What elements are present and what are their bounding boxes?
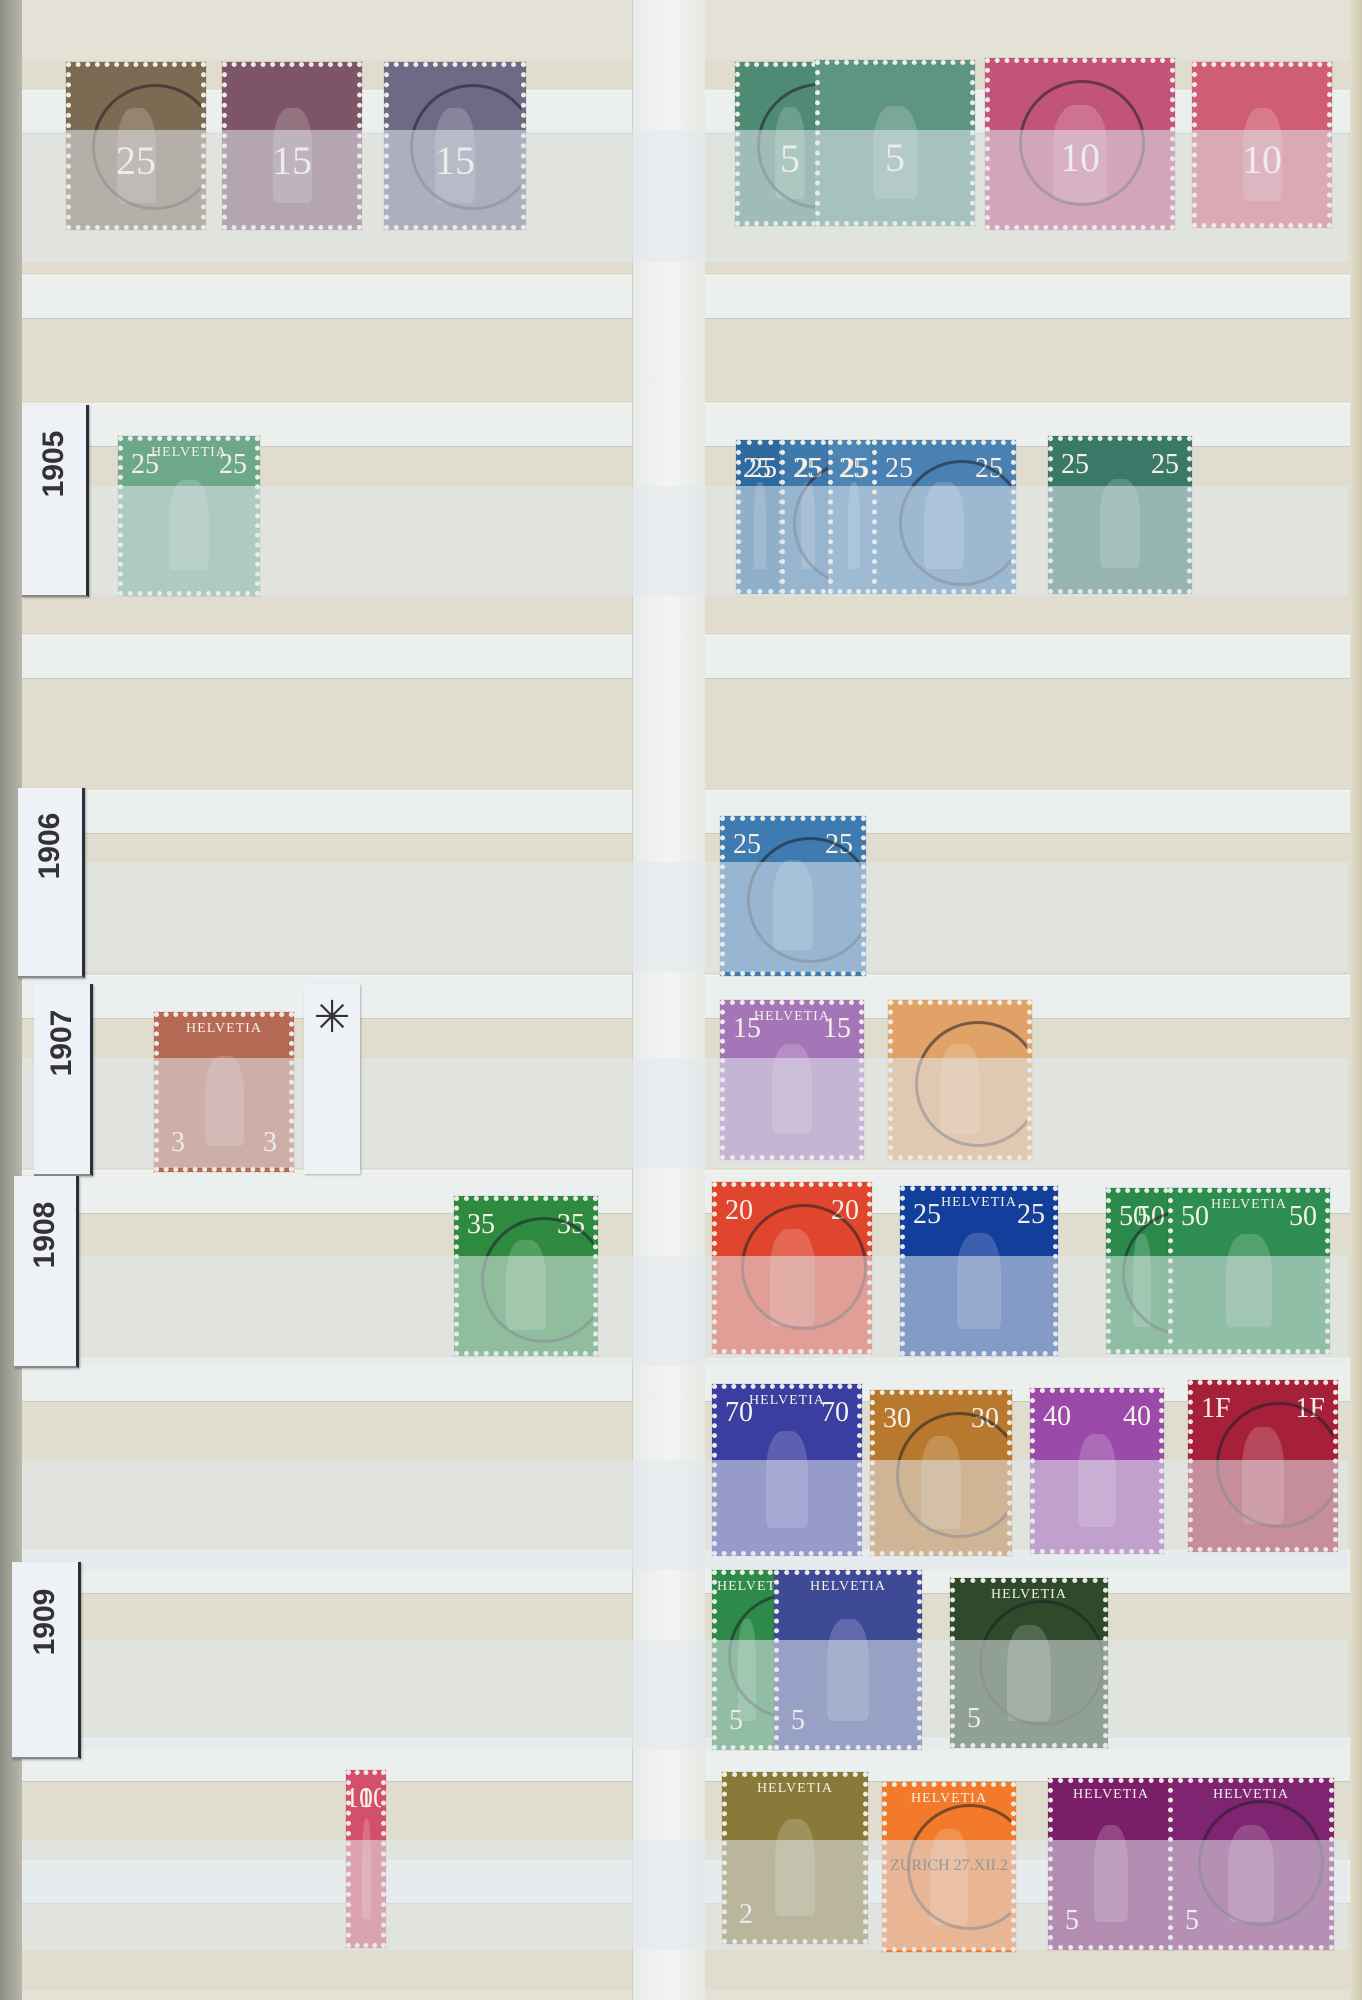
stamp-value: 15: [823, 1013, 851, 1045]
stamp-value: 35: [467, 1209, 495, 1241]
postmark-cancel-icon: [907, 1804, 1016, 1930]
glassine-strip: [22, 275, 632, 319]
stamp-value: 40: [1043, 1401, 1071, 1433]
stamp-helvetia-sword: HELVETIA2525: [900, 1186, 1058, 1356]
hinged-mark-label: ✳: [304, 984, 360, 1174]
pocket: [22, 355, 632, 620]
stamp-figure-icon: [1078, 1434, 1115, 1528]
year-label-1907: 1907: [34, 984, 93, 1176]
stamp-value: 25: [1017, 1199, 1045, 1231]
year-label-1909: 1909: [12, 1562, 81, 1759]
year-text: 1906: [33, 808, 67, 884]
stamp-standing-helvetia: 2525: [736, 440, 784, 594]
stamp-value: 5: [791, 1705, 805, 1737]
stamp-tell-boy: HELVETIA5: [1168, 1778, 1334, 1950]
year-text: 1908: [28, 1197, 62, 1273]
stamp-value: 3: [171, 1127, 185, 1159]
stamp-numeral: 10: [985, 58, 1175, 230]
stamp-value: 70: [821, 1397, 849, 1429]
year-text: 1905: [37, 426, 71, 502]
stamp-value: 5: [1065, 1905, 1079, 1937]
stamp-figure-icon: [1100, 479, 1140, 568]
stamp-value: 25: [1061, 449, 1089, 481]
asterisk-mark-icon: ✳: [304, 992, 360, 1043]
stamp-value: 50: [1289, 1201, 1317, 1233]
stamp-value: 20: [725, 1195, 753, 1227]
stamp-figure-icon: [1094, 1825, 1129, 1922]
stamp-figure-icon: [775, 1819, 816, 1916]
stamp-value: 25: [131, 449, 159, 481]
stamp-numeral: 15: [222, 62, 362, 230]
glassine-strip: [22, 1358, 632, 1402]
stamp-value: 15: [733, 1013, 761, 1045]
stamp-value: 10: [1197, 136, 1327, 183]
stamp-value: 25: [839, 453, 867, 485]
stamp-helvetia-sword: HELVETIA7070: [712, 1384, 862, 1556]
postmark-cancel-icon: [899, 460, 1016, 586]
glassine-strip: [22, 1860, 632, 1904]
stamp-tell-boy: HELVETIA5: [774, 1570, 922, 1750]
stamp-helvetia-sword: 4040: [1030, 1388, 1164, 1554]
stamp-standing-helvetia: 2525: [872, 440, 1016, 594]
stamp-figure-icon: [957, 1233, 1001, 1329]
stamp-numeral: 15: [384, 62, 526, 230]
postmark-cancel-icon: [1019, 80, 1145, 206]
stamp-value: 5: [967, 1703, 981, 1735]
stamp-value: 25: [219, 449, 247, 481]
stamp-figure-icon: [754, 482, 765, 568]
stamp-tell-boy: HELVETIAZURICH 27.XII.2: [882, 1782, 1016, 1952]
glassine-strip: [22, 1550, 632, 1594]
stamp-figure-icon: [1226, 1234, 1272, 1328]
stamp-figure-icon: [362, 1819, 371, 1920]
stamp-tell-boy: HELVETIA33: [154, 1012, 294, 1172]
stamp-caption: HELVETIA: [779, 1579, 917, 1595]
glassine-strip: [22, 790, 632, 834]
stamp-value: 25: [743, 453, 771, 485]
pocket: [22, 755, 632, 955]
stamp-helvetia-bust: 1010: [346, 1770, 386, 1948]
stamp-numeral: 10: [1192, 62, 1332, 228]
stamp-tell-boy: HELVETIA5: [1048, 1778, 1174, 1950]
postmark-cancel-icon: [979, 1600, 1105, 1726]
stamp-figure-icon: [205, 1056, 244, 1146]
stamp-value: 5: [1185, 1905, 1199, 1937]
stamp-value: 25: [733, 829, 761, 861]
year-label-1908: 1908: [14, 1176, 79, 1368]
stamp-tell-boy: HELVETIA5: [712, 1570, 782, 1750]
glassine-strip: [705, 635, 1350, 679]
stamp-sitting-helvetia: HELVETIA2525: [118, 436, 260, 596]
glassine-strip: [705, 275, 1350, 319]
stamp-helvetia-sword: 1F1F: [1188, 1380, 1338, 1552]
stamp-value: 25: [913, 1199, 941, 1231]
postmark-cancel-icon: [741, 1204, 867, 1330]
album-edge-right: [1348, 0, 1362, 2000]
stamp-value: 50: [1181, 1201, 1209, 1233]
stamp-tell-boy: HELVETIA5: [950, 1578, 1108, 1748]
stamp-figure-icon: [766, 1431, 808, 1528]
stamp-value: 40: [1123, 1401, 1151, 1433]
stamp-value: 15: [227, 137, 357, 184]
year-text: 1907: [45, 1005, 79, 1081]
stamp-value: 5: [820, 134, 970, 181]
stamp-value: 3: [263, 1127, 277, 1159]
stamp-value: 1F: [1201, 1393, 1231, 1425]
glassine-strip: [22, 1738, 632, 1782]
stamp-tell-boy: HELVETIA2: [722, 1772, 868, 1944]
postmark-cancel-icon: [481, 1217, 598, 1343]
glassine-strip: [22, 403, 632, 447]
stamp-numeral: 5: [815, 60, 975, 226]
stamp-figure-icon: [827, 1619, 868, 1721]
stamp-value: 5: [729, 1705, 743, 1737]
stamp-tell-head: [888, 1000, 1032, 1160]
postmark-cancel-icon: [896, 1412, 1012, 1538]
stamp-numeral: 25: [66, 62, 206, 230]
stamp-caption: HELVETIA: [159, 1021, 289, 1037]
stamp-value: 70: [725, 1397, 753, 1429]
glassine-strip: [22, 635, 632, 679]
stamp-standing-helvetia: 2525: [1048, 436, 1192, 594]
stamp-helvetia-bust: HELVETIA1515: [720, 1000, 864, 1160]
year-label-1906: 1906: [18, 788, 85, 978]
year-text: 1909: [28, 1584, 62, 1660]
stamp-standing-helvetia: 2525: [720, 816, 866, 976]
stamp-value: 10: [346, 1783, 373, 1815]
stamp-caption: HELVETIA: [727, 1781, 863, 1797]
stamp-value: 25: [885, 453, 913, 485]
page-divider-strip: [632, 0, 707, 2000]
stamp-helvetia-sword: 2020: [712, 1182, 872, 1354]
postmark-cancel-icon: [1216, 1402, 1339, 1528]
stamp-caption: HELVETIA: [717, 1579, 777, 1595]
stamp-helvetia-sword: 3030: [870, 1390, 1012, 1556]
stamp-caption: HELVETIA: [887, 1791, 1011, 1807]
stamp-caption: HELVETIA: [1053, 1787, 1169, 1803]
stamp-figure-icon: [772, 1044, 812, 1134]
postmark-cancel-icon: [915, 1021, 1032, 1147]
postmark-cancel-icon: [1198, 1800, 1324, 1926]
stamp-helvetia-sword: 3535: [454, 1196, 598, 1356]
postmark-cancel-icon: [92, 84, 206, 210]
stamp-helvetia-sword: HELVETIA5050: [1168, 1188, 1330, 1354]
postmark-cancel-icon: [747, 837, 866, 963]
stamp-value: 30: [883, 1403, 911, 1435]
stamp-figure-icon: [169, 480, 209, 570]
stamp-value: 25: [1151, 449, 1179, 481]
year-label-1905: 1905: [22, 405, 89, 597]
postmark-cancel-icon: [410, 84, 526, 210]
stamp-value: 2: [739, 1899, 753, 1931]
stamp-figure-icon: [848, 482, 861, 568]
